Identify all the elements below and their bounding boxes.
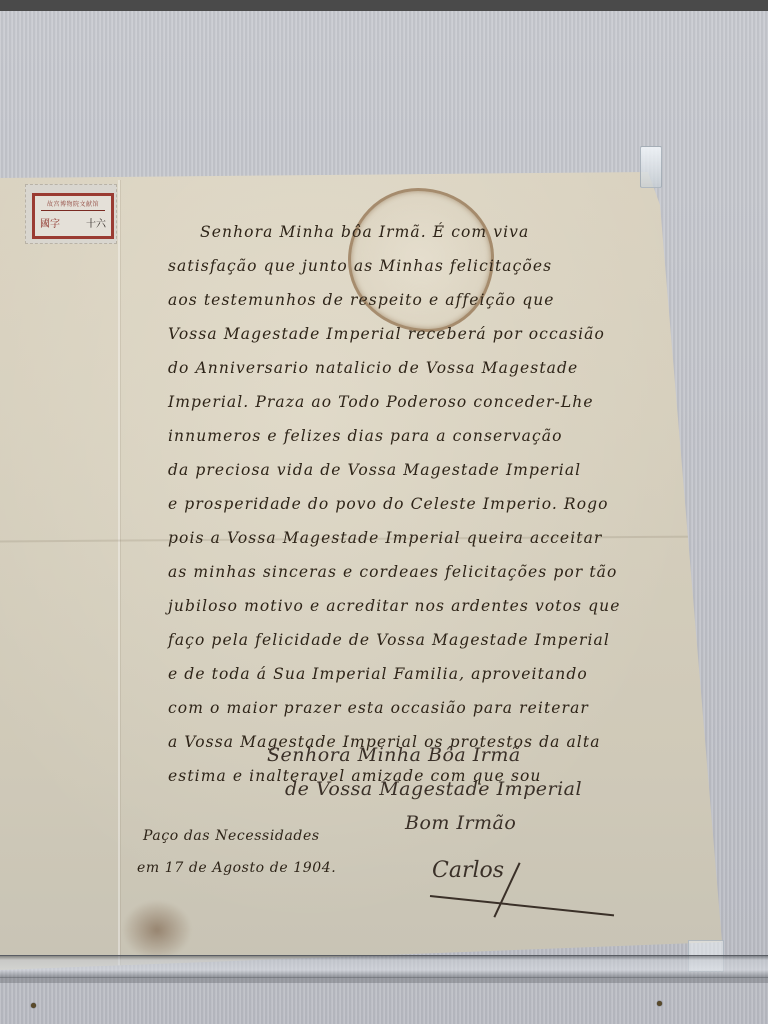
- letter-line: satisfação que junto as Minhas felicitaç…: [168, 249, 688, 283]
- archive-label-frame: 故宫博物院文献馆 國字 十六: [32, 193, 114, 239]
- letter-line: com o maior prazer esta occasião para re…: [168, 691, 688, 725]
- letter-line: innumeros e felizes dias para a conserva…: [168, 419, 688, 453]
- archive-label-rule: [41, 210, 105, 211]
- letter-line: Senhora Minha bôa Irmã. É com viva: [168, 215, 688, 249]
- letter-line: aos testemunhos de respeito e affeição q…: [168, 283, 688, 317]
- letter-closing: Senhora Minha Bôa Irmã de Vossa Magestad…: [285, 738, 705, 840]
- acrylic-clip-top: [640, 146, 662, 188]
- archive-label-index: 十六: [86, 215, 106, 230]
- vertical-fold-crease: [118, 180, 120, 970]
- letter-line: e de toda á Sua Imperial Familia, aprove…: [168, 657, 688, 691]
- archive-label-title: 故宫博物院文献馆: [37, 199, 109, 208]
- letter-line: do Anniversario natalicio de Vossa Mages…: [168, 351, 688, 385]
- archive-label-series: 國字: [40, 215, 60, 230]
- closing-salutation: Senhora Minha Bôa Irmã: [267, 738, 705, 772]
- place-and-date: Paço das Necessidades em 17 de Agosto de…: [143, 820, 336, 884]
- acrylic-display-rail: [0, 955, 768, 978]
- letter-line: jubiloso motivo e acreditar nos ardentes…: [168, 589, 688, 623]
- letter-line: as minhas sinceras e cordeaes felicitaçõ…: [168, 555, 688, 589]
- letter-line: faço pela felicidade de Vossa Magestade …: [168, 623, 688, 657]
- letter-line: Imperial. Praza ao Todo Poderoso concede…: [168, 385, 688, 419]
- letter-line: Vossa Magestade Imperial receberá por oc…: [168, 317, 688, 351]
- date-line: em 17 de Agosto de 1904.: [137, 852, 336, 884]
- screw-left: [31, 1003, 36, 1008]
- archive-label: 故宫博物院文献馆 國字 十六: [25, 184, 117, 244]
- signature: Carlos: [432, 858, 504, 883]
- letter-body: Senhora Minha bôa Irmã. É com viva satis…: [168, 215, 688, 793]
- closing-addressee: de Vossa Magestade Imperial: [285, 772, 705, 806]
- letter-line: e prosperidade do povo do Celeste Imperi…: [168, 487, 688, 521]
- place-line: Paço das Necessidades: [143, 820, 336, 852]
- letter-line: pois a Vossa Magestade Imperial queira a…: [168, 521, 688, 555]
- screw-right: [657, 1001, 662, 1006]
- ink-smudge: [122, 900, 192, 960]
- closing-relation: Bom Irmão: [285, 806, 705, 840]
- rail-shadow: [0, 977, 768, 983]
- letter-line: da preciosa vida de Vossa Magestade Impe…: [168, 453, 688, 487]
- archive-label-number: 國字 十六: [37, 215, 109, 230]
